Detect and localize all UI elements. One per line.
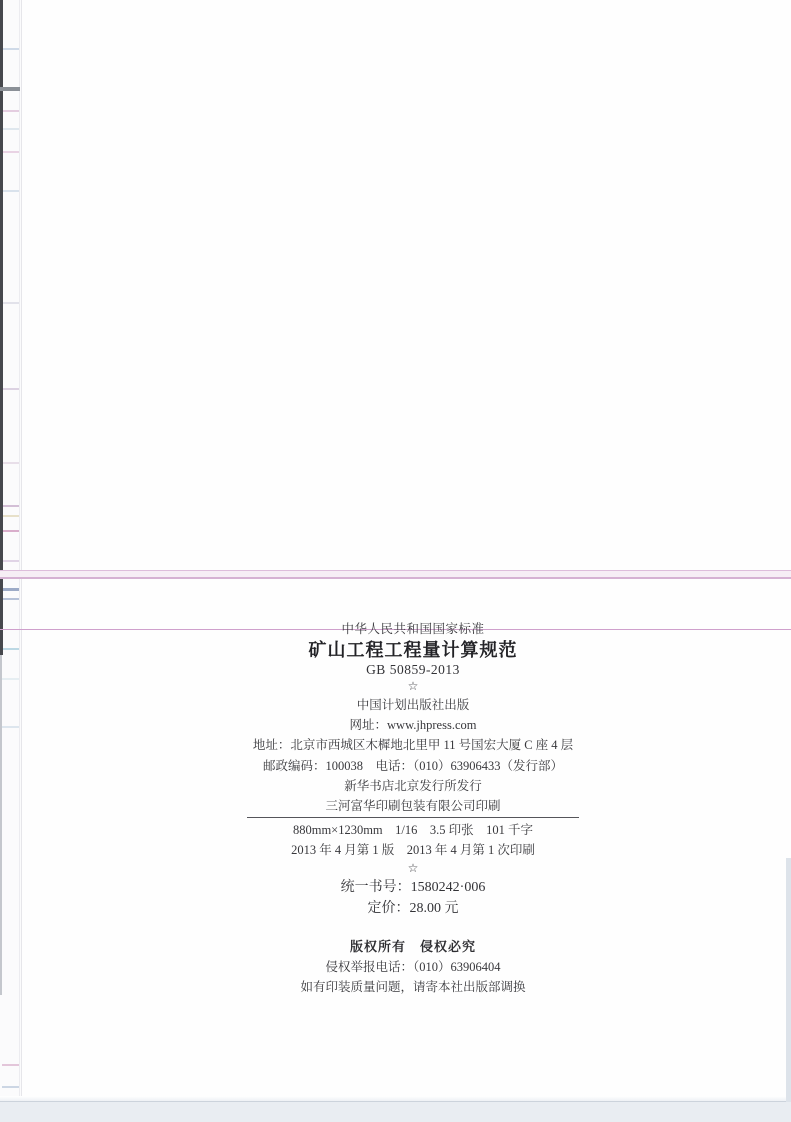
divider-rule (247, 817, 579, 818)
star-icon: ☆ (63, 860, 763, 877)
scan-noise-line (2, 1086, 20, 1088)
scan-noise-line (2, 190, 20, 192)
book-title: 矿山工程工程量计算规范 (63, 639, 763, 661)
colophon-block: 中华人民共和国国家标准 矿山工程工程量计算规范 GB 50859-2013 ☆ … (63, 620, 763, 997)
star-icon: ☆ (63, 678, 763, 695)
scan-noise-line (2, 726, 20, 728)
scanner-bed-right (786, 858, 791, 1102)
scanned-page: 中华人民共和国国家标准 矿山工程工程量计算规范 GB 50859-2013 ☆ … (0, 0, 791, 1122)
price-value: 28.00 元 (410, 901, 459, 916)
scanner-bed-bottom (0, 1101, 791, 1122)
unified-book-number: 统一书号：1580242·006 (63, 877, 763, 898)
quality-exchange-line: 如有印装质量问题，请寄本社出版部调换 (63, 977, 763, 997)
distributor-line: 新华书店北京发行所发行 (63, 776, 763, 796)
scan-noise-line (2, 388, 20, 390)
scan-noise-line (2, 560, 20, 562)
copyright-notice: 版权所有 侵权必究 (63, 937, 763, 957)
infringement-report-line: 侵权举报电话：（010）63906404 (63, 957, 763, 977)
publisher-line: 中国计划出版社出版 (63, 695, 763, 715)
price-label: 定价： (368, 901, 410, 916)
scan-noise-line (2, 128, 20, 130)
printer-line: 三河富华印刷包装有限公司印刷 (63, 796, 763, 816)
national-standard-label: 中华人民共和国国家标准 (63, 620, 763, 639)
scan-noise-line (2, 110, 20, 112)
scan-dark-tick (0, 87, 20, 91)
scan-noise-line (2, 588, 20, 591)
publisher-address-line: 地址：北京市西城区木樨地北里甲 11 号国宏大厦 C 座 4 层 (63, 735, 763, 755)
scan-noise-line (2, 598, 20, 600)
scan-noise-line (2, 462, 20, 464)
publisher-postcode-phone-line: 邮政编码：100038 电话：（010）63906433（发行部） (63, 756, 763, 776)
scan-noise-line (2, 48, 20, 50)
book-number-label: 统一书号： (341, 880, 411, 895)
scan-dark-edge-lower (0, 655, 2, 995)
scan-noise-line (2, 151, 20, 153)
price-line: 定价：28.00 元 (63, 898, 763, 919)
book-number-value: 1580242·006 (411, 880, 486, 895)
scan-noise-line (2, 648, 20, 650)
scan-fold-line (19, 0, 20, 1101)
scan-noise-line (2, 1064, 20, 1066)
scan-noise-line (2, 515, 20, 517)
pink-scan-band (0, 570, 791, 579)
spacer (63, 919, 763, 937)
scan-noise-line (2, 302, 20, 304)
scan-noise-line (2, 505, 20, 507)
scan-dark-edge (0, 0, 3, 655)
scan-noise-line (2, 530, 20, 532)
publisher-website-line: 网址：www.jhpress.com (63, 715, 763, 735)
scan-noise-line (2, 678, 20, 680)
print-edition-line: 2013 年 4 月第 1 版 2013 年 4 月第 1 次印刷 (63, 840, 763, 860)
print-format-line: 880mm×1230mm 1/16 3.5 印张 101 千字 (63, 820, 763, 840)
standard-code: GB 50859-2013 (63, 661, 763, 678)
